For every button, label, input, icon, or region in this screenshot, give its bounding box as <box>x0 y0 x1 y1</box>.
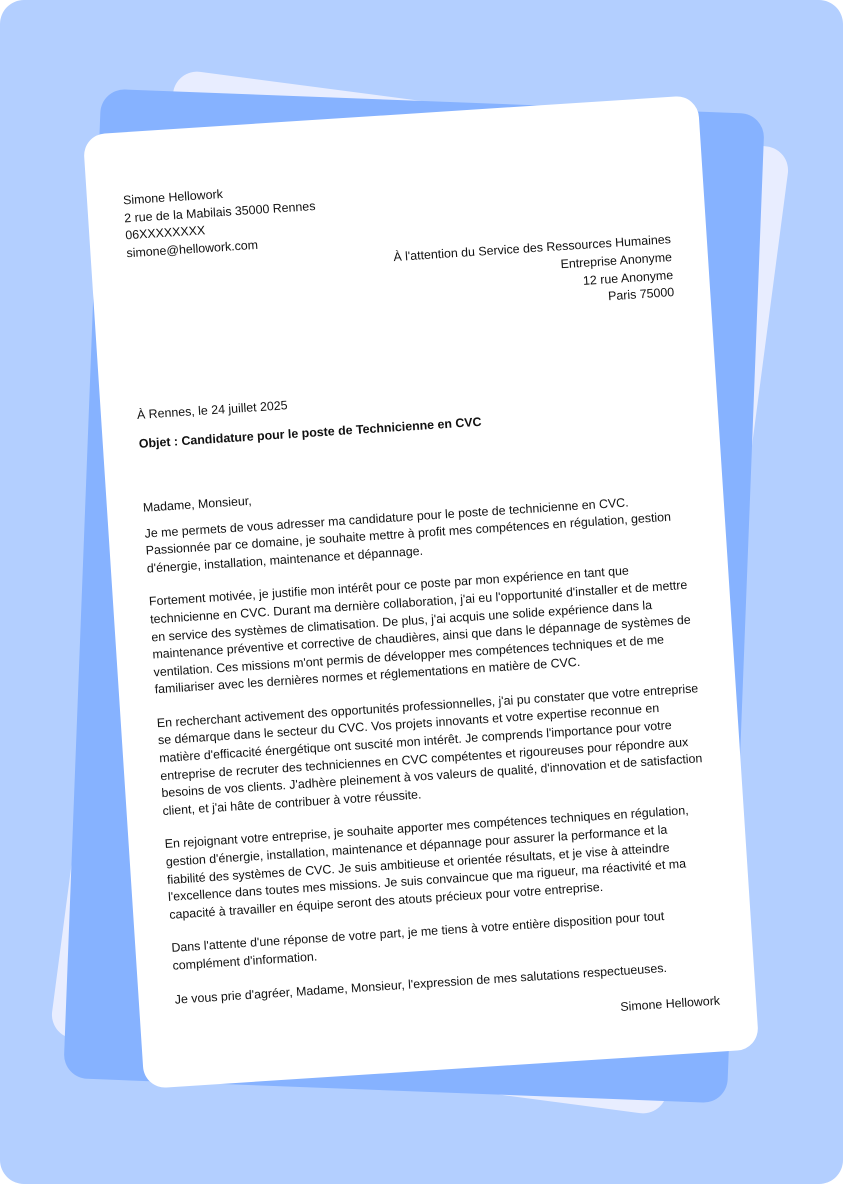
letter-paragraph: En rejoignant votre entreprise, je souha… <box>164 801 713 924</box>
letter-body: Je me permets de vous adresser ma candid… <box>144 490 718 1009</box>
letter-paragraph: Fortement motivée, je justifie mon intér… <box>149 559 699 699</box>
letter-paragraph: En recherchant activement des opportunit… <box>156 680 706 820</box>
cover-letter-page: Simone Hellowork 2 rue de la Mabilais 35… <box>83 95 759 1089</box>
illustration-frame: Simone Hellowork 2 rue de la Mabilais 35… <box>0 0 843 1184</box>
